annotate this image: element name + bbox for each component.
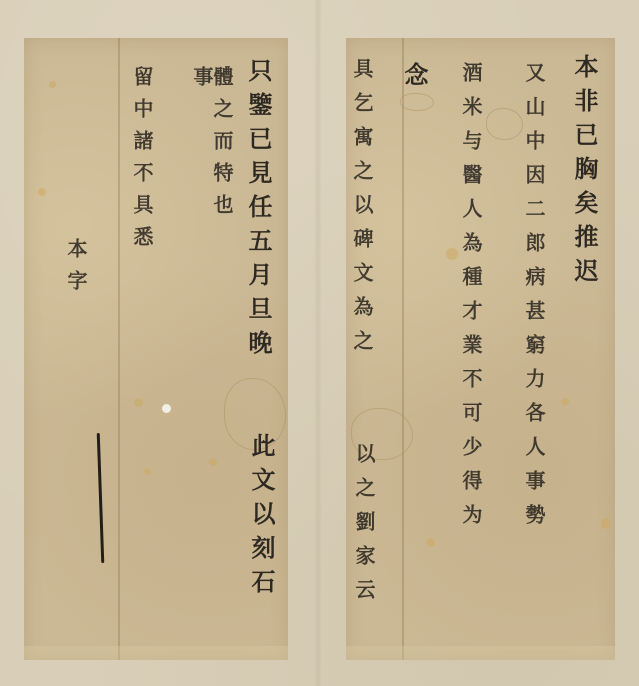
foxing-spot — [38, 188, 46, 196]
calligraphy-column: 又山中因二郎病甚窮力各人事勢 — [524, 62, 544, 622]
water-stain — [486, 108, 523, 140]
paper-hole — [162, 404, 171, 413]
paper-seam — [402, 38, 404, 660]
mount-fold — [314, 0, 322, 686]
foxing-spot — [426, 538, 435, 547]
foxing-spot — [446, 248, 458, 260]
calligraphy-column: 此文以刻石 — [249, 433, 273, 653]
right-paper-panel: 本非已胸矣推迟 又山中因二郎病甚窮力各人事勢 酒米与醫人為種才業不可少得为 念 … — [346, 38, 615, 660]
calligraphy-column: 具乞寓之以碑文為之 — [352, 58, 372, 438]
foxing-spot — [144, 468, 151, 475]
foxing-spot — [561, 398, 569, 406]
calligraphy-column: 酒米与醫人為種才業不可少得为 — [461, 62, 481, 622]
signature-flourish — [97, 433, 105, 563]
calligraphy-column: 念 — [402, 62, 426, 122]
calligraphy-column: 只鑒已見任五月旦晚 — [246, 58, 270, 398]
foxing-spot — [209, 458, 217, 466]
calligraphy-column: 體之而特也事 — [192, 66, 232, 256]
foxing-spot — [134, 398, 143, 407]
paper-seam — [118, 38, 120, 660]
calligraphy-column: 留中諸不具悉 — [132, 66, 152, 266]
calligraphy-column: 以之劉家云 — [354, 443, 374, 643]
foxing-spot — [49, 81, 56, 88]
left-paper-panel: 只鑒已見任五月旦晚 此文以刻石 體之而特也事 留中諸不具悉 本字 — [24, 38, 288, 660]
signature: 本字 — [66, 238, 86, 358]
calligraphy-column: 本非已胸矣推迟 — [572, 54, 596, 364]
foxing-spot — [601, 518, 610, 529]
